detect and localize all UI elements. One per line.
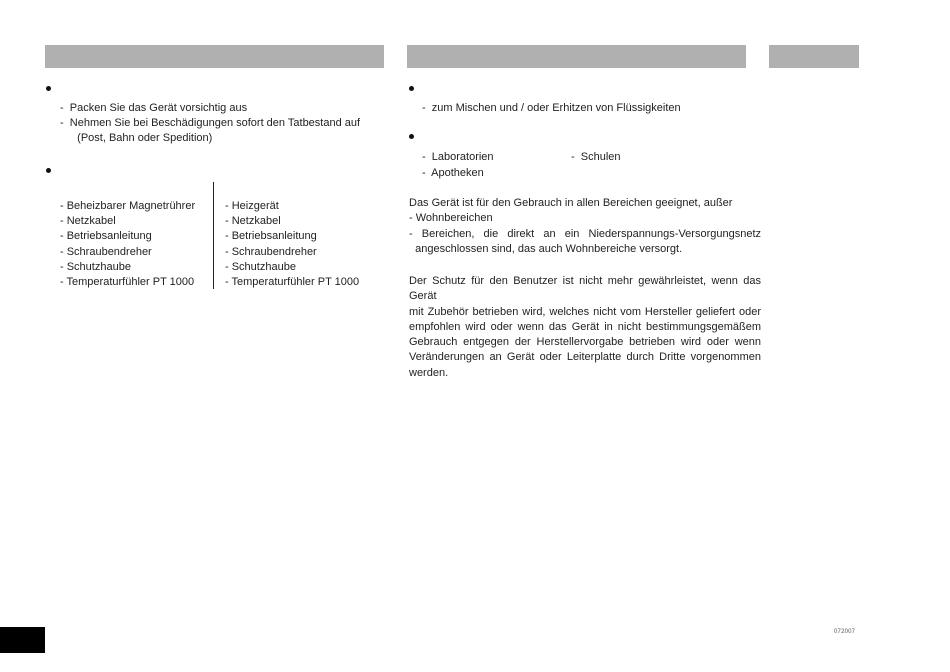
section-header-bar-left <box>45 45 384 68</box>
list-item: - Temperaturfühler PT 1000 <box>60 275 194 290</box>
intended-use-item: - zum Mischen und / oder Erhitzen von Fl… <box>422 101 681 116</box>
suitability-paragraph: Das Gerät ist für den Gebrauch in allen … <box>409 196 761 257</box>
list-item: - Schutzhaube <box>60 260 131 275</box>
list-item: - Netzkabel <box>60 214 116 229</box>
paragraph-line: Der Schutz für den Benutzer ist nicht me… <box>409 274 761 305</box>
list-item: - Beheizbarer Magnetrührer <box>60 199 195 214</box>
paragraph-line: angeschlossen sind, das auch Wohnbereich… <box>409 242 761 257</box>
column-divider <box>213 182 214 289</box>
list-item: - Schraubendreher <box>60 245 152 260</box>
section-header-bar-middle <box>407 45 746 68</box>
paragraph-line: - Wohnbereichen <box>409 211 761 226</box>
list-item: - Betriebsanleitung <box>225 229 317 244</box>
area-of-use-item: - Apotheken <box>422 166 484 181</box>
unpacking-step-2: - Nehmen Sie bei Beschädigungen sofort d… <box>60 116 360 131</box>
bullet-icon <box>46 86 51 91</box>
paragraph-line: Das Gerät ist für den Gebrauch in allen … <box>409 196 761 211</box>
unpacking-step-1: - Packen Sie das Gerät vorsichtig aus <box>60 101 247 116</box>
document-code: 072007 <box>834 629 855 635</box>
list-item: - Heizgerät <box>225 199 279 214</box>
unpacking-step-2-cont: (Post, Bahn oder Spedition) <box>68 131 212 146</box>
bullet-icon <box>409 134 414 139</box>
paragraph-line: - Bereichen, die direkt an ein Niederspa… <box>409 227 761 242</box>
paragraph-line: mit Zubehör betrieben wird, welches nich… <box>409 305 761 320</box>
paragraph-line: Veränderungen an Gerät oder Leiterplatte… <box>409 350 761 365</box>
list-item: - Temperaturfühler PT 1000 <box>225 275 359 290</box>
section-header-bar-right <box>769 45 859 68</box>
list-item: - Betriebsanleitung <box>60 229 152 244</box>
paragraph-line: Gebrauch entgegen der Herstellervorgabe … <box>409 335 761 350</box>
area-of-use-item: - Laboratorien <box>422 150 494 165</box>
safety-paragraph: Der Schutz für den Benutzer ist nicht me… <box>409 274 761 381</box>
paragraph-line: empfohlen wird oder wenn das Gerät in ni… <box>409 320 761 335</box>
bullet-icon <box>46 168 51 173</box>
list-item: - Schraubendreher <box>225 245 317 260</box>
paragraph-line: werden. <box>409 366 761 381</box>
area-of-use-item: - Schulen <box>571 150 621 165</box>
bullet-icon <box>409 86 414 91</box>
list-item: - Schutzhaube <box>225 260 296 275</box>
page-marker-tab <box>0 627 45 653</box>
list-item: - Netzkabel <box>225 214 281 229</box>
